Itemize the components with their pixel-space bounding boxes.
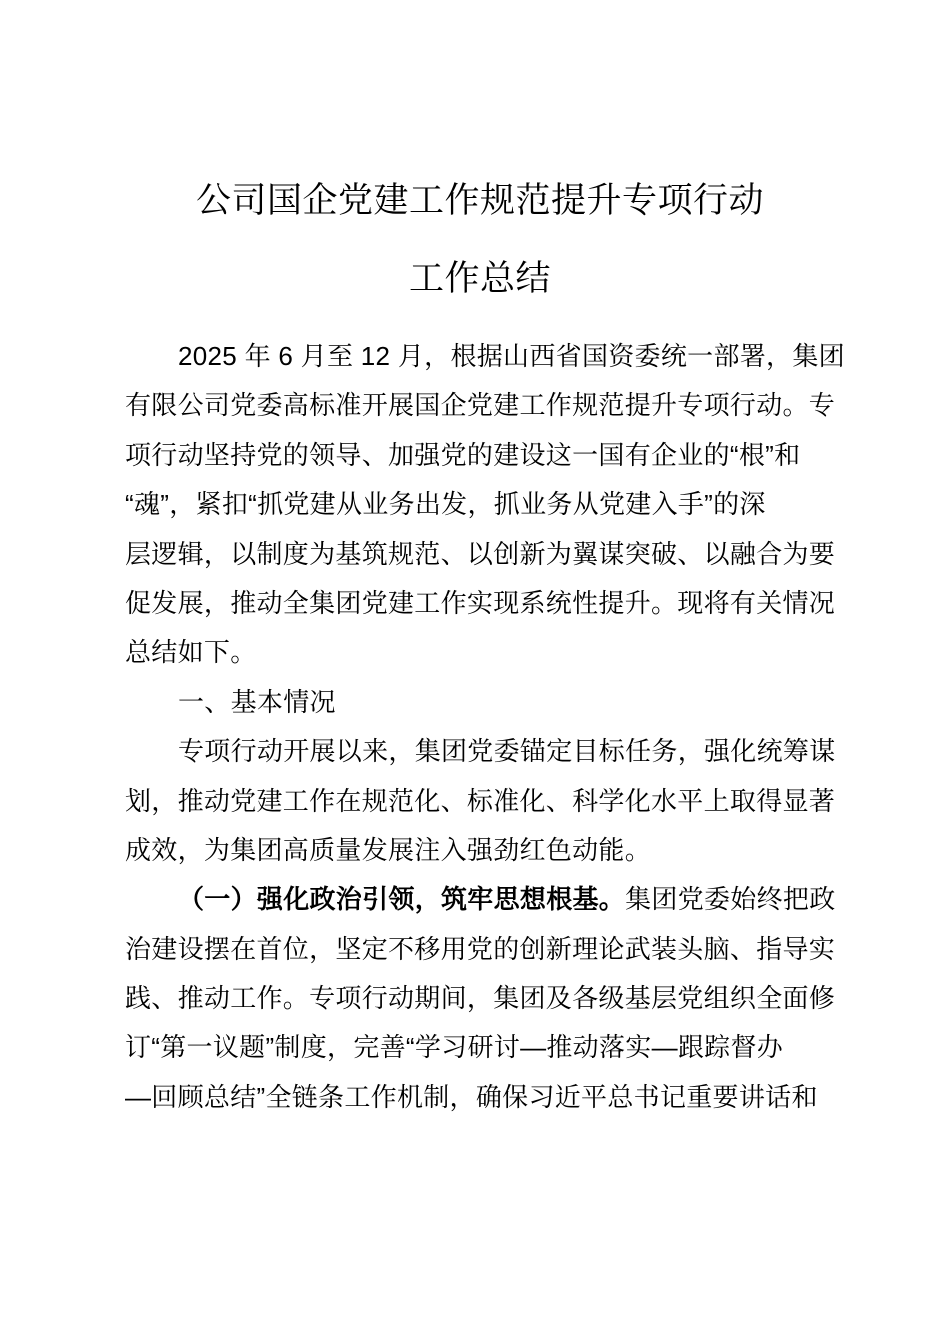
body-line: 层逻辑，以制度为基筑规范、以创新为翼谋突破、以融合为要	[125, 530, 835, 579]
section-heading: 一、基本情况	[125, 678, 835, 727]
subsection-heading-bold: （一）强化政治引领，筑牢思想根基。	[178, 884, 625, 914]
body-line: 有限公司党委高标准开展国企党建工作规范提升专项行动。专	[125, 381, 835, 430]
body-line: （一）强化政治引领，筑牢思想根基。集团党委始终把政	[125, 875, 835, 924]
body-line: 治建设摆在首位，坚定不移用党的创新理论武装头脑、指导实	[125, 925, 835, 974]
body-line: 成效，为集团高质量发展注入强劲红色动能。	[125, 826, 835, 875]
body-line: 2025 年 6 月至 12 月，根据山西省国资委统一部署，集团	[125, 332, 835, 381]
body-line: 项行动坚持党的领导、加强党的建设这一国有企业的“根”和	[125, 431, 835, 480]
document-body: 2025 年 6 月至 12 月，根据山西省国资委统一部署，集团 有限公司党委高…	[125, 332, 835, 1122]
body-line: “魂”，紧扣“抓党建从业务出发，抓业务从党建入手”的深	[125, 480, 835, 529]
body-line: 订“第一议题”制度，完善“学习研讨—推动落实—跟踪督办	[125, 1023, 835, 1072]
body-line: 专项行动开展以来，集团党委锚定目标任务，强化统筹谋	[125, 727, 835, 776]
body-line: 践、推动工作。专项行动期间，集团及各级基层党组织全面修	[125, 974, 835, 1023]
body-line: 划，推动党建工作在规范化、标准化、科学化水平上取得显著	[125, 777, 835, 826]
document-page: 公司国企党建工作规范提升专项行动 工作总结 2025 年 6 月至 12 月，根…	[0, 0, 950, 1344]
document-title-line-1: 公司国企党建工作规范提升专项行动	[125, 162, 835, 240]
body-line-text: 集团党委始终把政	[625, 884, 835, 914]
body-line: 促发展，推动全集团党建工作实现系统性提升。现将有关情况	[125, 579, 835, 628]
document-title: 公司国企党建工作规范提升专项行动 工作总结	[125, 162, 835, 318]
body-line: 总结如下。	[125, 628, 835, 677]
document-title-line-2: 工作总结	[125, 240, 835, 318]
body-line: —回顾总结”全链条工作机制，确保习近平总书记重要讲话和	[125, 1073, 835, 1122]
document-content: 公司国企党建工作规范提升专项行动 工作总结 2025 年 6 月至 12 月，根…	[125, 0, 835, 1122]
